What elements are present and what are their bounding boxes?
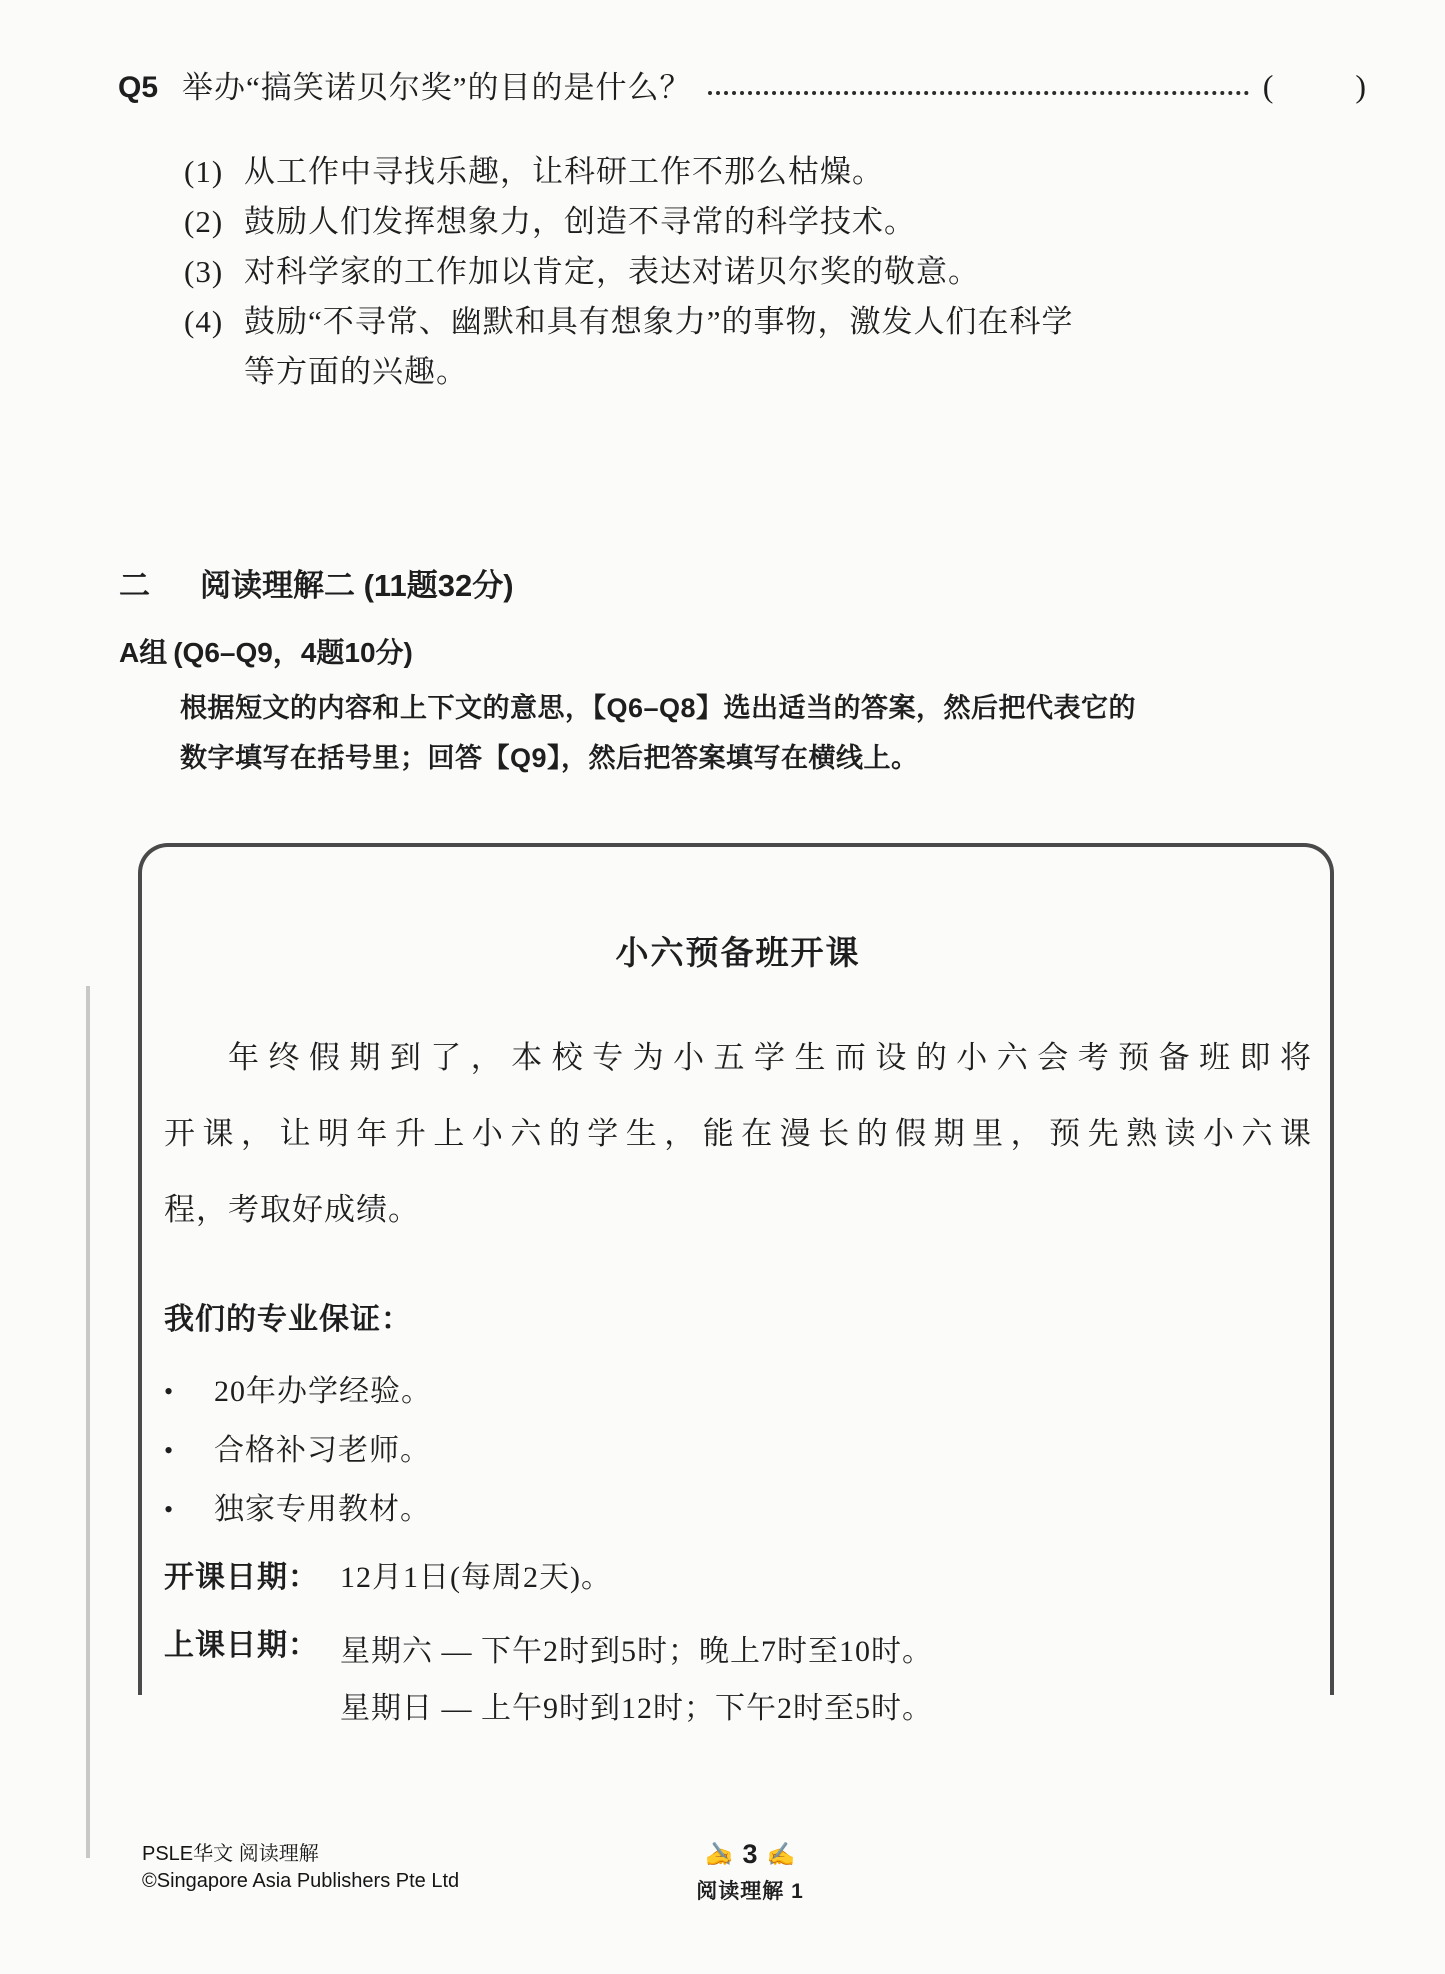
class-date-row: 上课日期： 星期六 — 下午2时到5时；晚上7时至10时。 星期日 — 上午9时… — [164, 1623, 1312, 1737]
dotted-leader — [708, 91, 1249, 95]
schedule-line2: 星期日 — 上午9时到12时；下午2时至5时。 — [340, 1680, 933, 1737]
option-number: (3) — [184, 247, 244, 297]
bullet-icon — [164, 1480, 214, 1539]
option-text: 从工作中寻找乐趣，让科研工作不那么枯燥。 — [244, 147, 1122, 197]
guarantee-heading: 我们的专业保证： — [164, 1294, 1312, 1338]
group-label: A组 — [119, 637, 167, 668]
q5-header: Q5 举办“搞笑诺贝尔奖”的目的是什么？ ( ) — [118, 62, 1366, 107]
option-row-4: (4) 鼓励“不寻常、幽默和具有想象力”的事物，激发人们在科学 等方面的兴趣。 — [184, 297, 1366, 397]
notice-title: 小六预备班开课 — [164, 927, 1312, 974]
start-date-row: 开课日期： 12月1日(每周2天)。 — [164, 1555, 1312, 1601]
footer-series: PSLE华文 阅读理解 — [142, 1841, 459, 1868]
footer-left: PSLE华文 阅读理解 ©Singapore Asia Publishers P… — [142, 1841, 459, 1895]
schedule-line1: 星期六 — 下午2时到5时；晚上7时至10时。 — [340, 1623, 933, 1680]
list-item: 合格补习老师。 — [164, 1421, 1312, 1480]
writing-hand-icon: ✍ — [705, 1843, 734, 1866]
footer-center: ✍ 3 ✍ 阅读理解 1 — [652, 1839, 848, 1905]
guarantee-list: 20年办学经验。 合格补习老师。 独家专用教材。 — [164, 1362, 1312, 1539]
section-heading: 二 阅读理解二 (11题32分) — [119, 560, 514, 605]
option-row-1: (1) 从工作中寻找乐趣，让科研工作不那么枯燥。 — [184, 147, 1366, 197]
section-number: 二 — [119, 560, 150, 605]
bullet-icon — [164, 1421, 214, 1480]
section-title: 阅读理解二 (11题32分) — [200, 560, 514, 605]
footer-section-label: 阅读理解 1 — [652, 1875, 848, 1905]
q5-number: Q5 — [118, 71, 182, 107]
option-row-3: (3) 对科学家的工作加以肯定，表达对诺贝尔奖的敬意。 — [184, 247, 1366, 297]
start-date-label: 开课日期： — [164, 1555, 340, 1601]
page-number: 3 — [742, 1839, 757, 1870]
answer-bracket-open: ( — [1263, 68, 1274, 107]
answer-bracket-close: ) — [1355, 68, 1366, 107]
group-line: A组(Q6–Q9，4题10分) — [119, 631, 413, 671]
writing-hand-icon: ✍ — [767, 1843, 796, 1866]
option-number: (4) — [184, 297, 244, 397]
notice-paragraph: 年终假期到了，本校专为小五学生而设的小六会考预备班即将 开课，让明年升上小六的学… — [164, 1020, 1312, 1248]
instructions: 根据短文的内容和上下文的意思，【Q6–Q8】选出适当的答案，然后把代表它的 数字… — [180, 683, 1340, 783]
schedule: 星期六 — 下午2时到5时；晚上7时至10时。 星期日 — 上午9时到12时；下… — [340, 1623, 933, 1737]
option-number: (1) — [184, 147, 244, 197]
option-row-2: (2) 鼓励人们发挥想象力，创造不寻常的科学技术。 — [184, 197, 1366, 247]
class-date-label: 上课日期： — [164, 1623, 340, 1737]
q5-options: (1) 从工作中寻找乐趣，让科研工作不那么枯燥。 (2) 鼓励人们发挥想象力，创… — [184, 147, 1366, 397]
paragraph-line2: 开课，让明年升上小六的学生，能在漫长的假期里，预先熟读小六课 — [164, 1096, 1312, 1172]
option-text: 鼓励“不寻常、幽默和具有想象力”的事物，激发人们在科学 等方面的兴趣。 — [244, 297, 1122, 397]
footer-copyright: ©Singapore Asia Publishers Pte Ltd — [142, 1868, 459, 1895]
scan-artifact-line — [86, 986, 90, 1858]
question-q5: Q5 举办“搞笑诺贝尔奖”的目的是什么？ ( ) (1) 从工作中寻找乐趣，让科… — [118, 62, 1366, 397]
paragraph-line3: 程，考取好成绩。 — [164, 1172, 1312, 1248]
instructions-line1: 根据短文的内容和上下文的意思，【Q6–Q8】选出适当的答案，然后把代表它的 — [180, 683, 1340, 733]
bullet-icon — [164, 1362, 214, 1421]
group-info: (Q6–Q9，4题10分) — [173, 637, 413, 668]
list-item: 独家专用教材。 — [164, 1480, 1312, 1539]
instructions-line2: 数字填写在括号里；回答【Q9】，然后把答案填写在横线上。 — [180, 733, 1340, 783]
option-text: 鼓励人们发挥想象力，创造不寻常的科学技术。 — [244, 197, 1122, 247]
option-text-line2: 等方面的兴趣。 — [244, 347, 1122, 397]
guarantee-item: 20年办学经验。 — [214, 1362, 432, 1421]
q5-question-text: 举办“搞笑诺贝尔奖”的目的是什么？ — [182, 62, 692, 107]
guarantee-item: 合格补习老师。 — [214, 1421, 431, 1480]
page-number-row: ✍ 3 ✍ — [652, 1839, 848, 1870]
option-number: (2) — [184, 197, 244, 247]
start-date-value: 12月1日(每周2天)。 — [340, 1555, 612, 1601]
option-text-line1: 鼓励“不寻常、幽默和具有想象力”的事物，激发人们在科学 — [244, 297, 1122, 347]
workbook-page: Q5 举办“搞笑诺贝尔奖”的目的是什么？ ( ) (1) 从工作中寻找乐趣，让科… — [0, 0, 1445, 1974]
guarantee-item: 独家专用教材。 — [214, 1480, 431, 1539]
paragraph-line1: 年终假期到了，本校专为小五学生而设的小六会考预备班即将 — [164, 1020, 1312, 1096]
option-text: 对科学家的工作加以肯定，表达对诺贝尔奖的敬意。 — [244, 247, 1122, 297]
notice-box: 小六预备班开课 年终假期到了，本校专为小五学生而设的小六会考预备班即将 开课，让… — [138, 843, 1334, 1695]
list-item: 20年办学经验。 — [164, 1362, 1312, 1421]
